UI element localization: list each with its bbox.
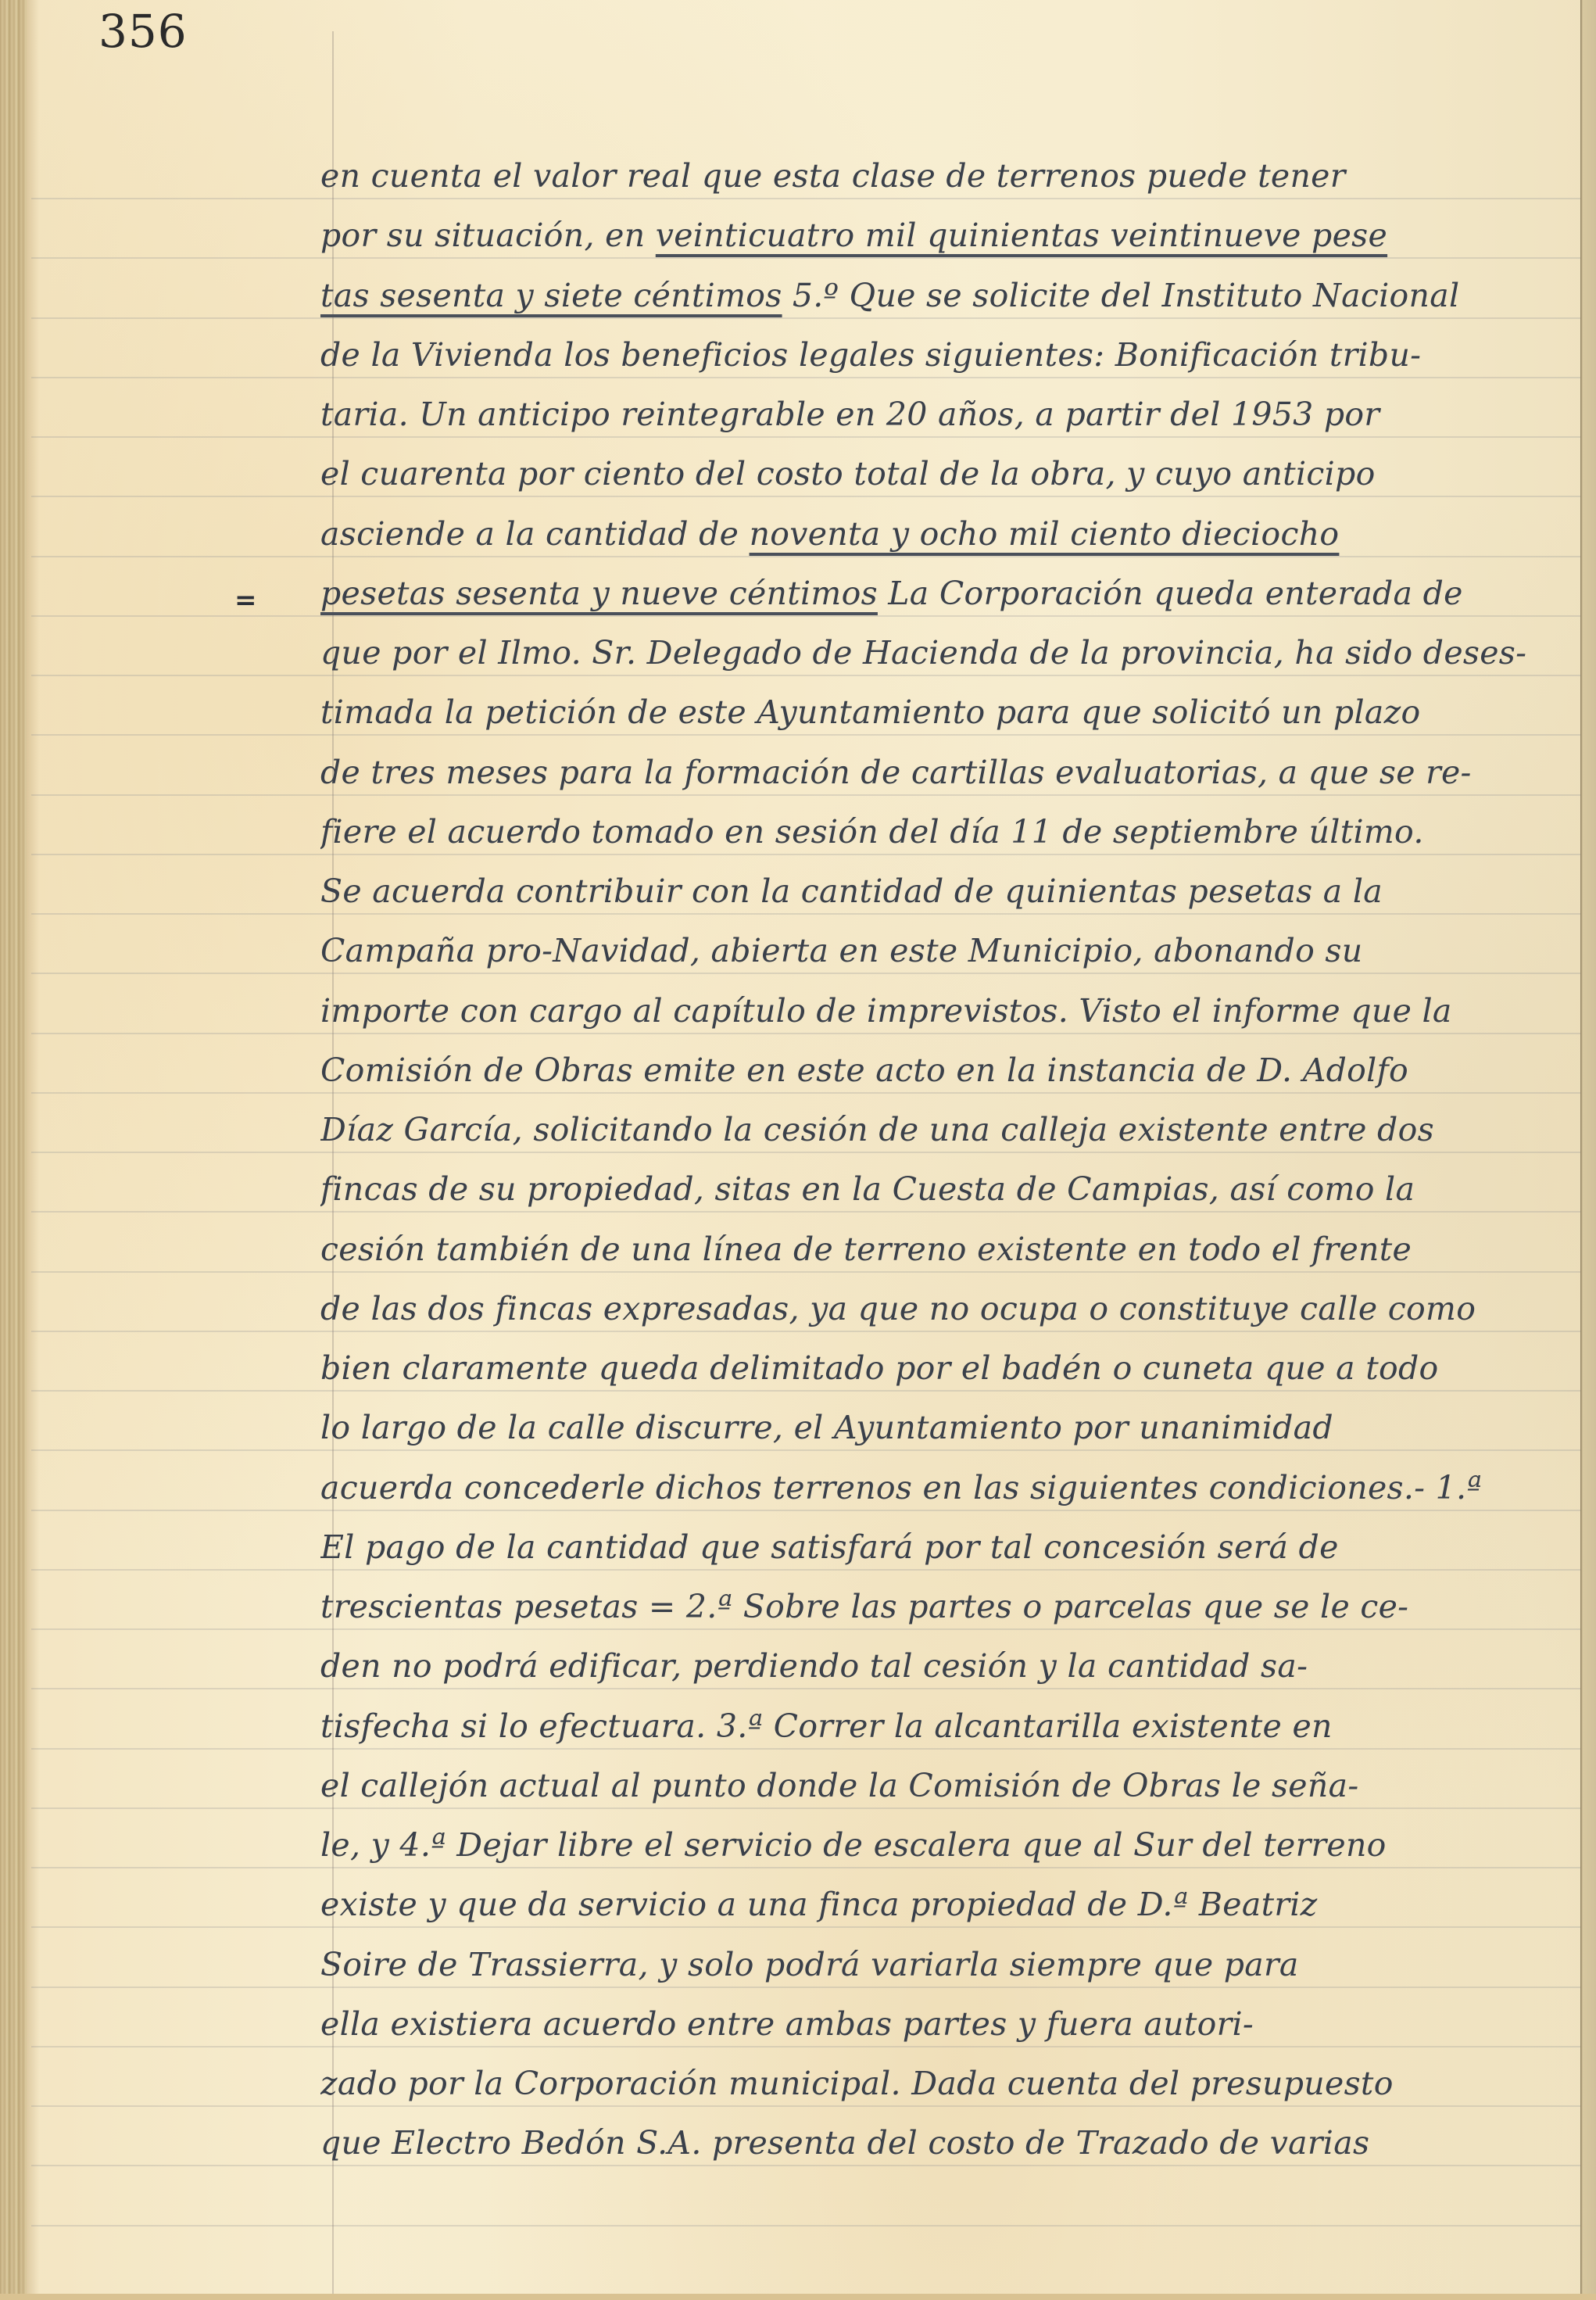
text-line: importe con cargo al capítulo de imprevi… <box>320 987 1579 1034</box>
text-line: ella existiera acuerdo entre ambas parte… <box>320 2001 1579 2047</box>
text-segment: el callejón actual al punto donde la Com… <box>320 1767 1358 1804</box>
text-line: tisfecha si lo efectuara. 3.ª Correr la … <box>320 1703 1579 1750</box>
text-segment: importe con cargo al capítulo de imprevi… <box>320 992 1452 1030</box>
underlined-amount: noventa y ocho mil ciento dieciocho <box>750 515 1340 553</box>
text-segment: de tres meses para la formación de carti… <box>320 754 1472 791</box>
text-segment: timada la petición de este Ayuntamiento … <box>320 693 1421 731</box>
text-line: fiere el acuerdo tomado en sesión del dí… <box>320 808 1579 855</box>
text-line: Díaz García, solicitando la cesión de un… <box>320 1106 1579 1153</box>
text-line: Se acuerda contribuir con la cantidad de… <box>320 868 1579 915</box>
text-segment: Campaña pro-Navidad, abierta en este Mun… <box>320 932 1362 969</box>
book-binding <box>0 0 27 2300</box>
text-line: acuerda concederle dichos terrenos en la… <box>320 1464 1579 1511</box>
text-line: que Electro Bedón S.A. presenta del cost… <box>320 2119 1579 2166</box>
text-line: de tres meses para la formación de carti… <box>320 749 1579 796</box>
page-bottom-edge <box>0 2294 1596 2300</box>
text-line: taria. Un anticipo reintegrable en 20 añ… <box>320 391 1579 438</box>
text-line: Soire de Trassierra, y solo podrá variar… <box>320 1941 1579 1988</box>
text-segment: zado por la Corporación municipal. Dada … <box>320 2065 1394 2102</box>
text-line: trescientas pesetas = 2.ª Sobre las part… <box>320 1583 1579 1630</box>
text-segment: el cuarenta por ciento del costo total d… <box>320 455 1376 493</box>
text-segment: El pago de la cantidad que satisfará por… <box>320 1528 1339 1566</box>
text-segment: Se acuerda contribuir con la cantidad de… <box>320 872 1383 910</box>
text-segment: lo largo de la calle discurre, el Ayunta… <box>320 1409 1333 1446</box>
text-line: cesión también de una línea de terreno e… <box>320 1226 1579 1273</box>
page-right-edge <box>1580 0 1596 2300</box>
text-line: El pago de la cantidad que satisfará por… <box>320 1524 1579 1571</box>
text-line: lo largo de la calle discurre, el Ayunta… <box>320 1404 1579 1451</box>
text-segment: de la Vivienda los beneficios legales si… <box>320 336 1421 374</box>
text-line: Comisión de Obras emite en este acto en … <box>320 1047 1579 1094</box>
text-line: de la Vivienda los beneficios legales si… <box>320 331 1579 378</box>
text-segment: existe y que da servicio a una finca pro… <box>320 1886 1318 1923</box>
text-line: de las dos fincas expresadas, ya que no … <box>320 1285 1579 1332</box>
page-number: 356 <box>98 5 188 58</box>
text-line: pesetas sesenta y nueve céntimos La Corp… <box>320 570 1579 617</box>
text-segment: le, y 4.ª Dejar libre el servicio de esc… <box>320 1826 1387 1864</box>
text-line: en cuenta el valor real que esta clase d… <box>320 152 1579 199</box>
text-segment: acuerda concederle dichos terrenos en la… <box>320 1469 1482 1506</box>
text-segment: den no podrá edificar, perdiendo tal ces… <box>320 1647 1308 1685</box>
ruled-line <box>31 2225 1580 2227</box>
text-segment: Soire de Trassierra, y solo podrá variar… <box>320 1946 1299 1983</box>
ledger-page: 356 = en cuenta el valor real que esta c… <box>0 0 1596 2300</box>
text-segment: tisfecha si lo efectuara. 3.ª Correr la … <box>320 1707 1333 1745</box>
underlined-amount: tas sesenta y siete céntimos <box>320 277 782 314</box>
text-segment: fincas de su propiedad, sitas en la Cues… <box>320 1170 1415 1208</box>
text-segment: en cuenta el valor real que esta clase d… <box>320 157 1346 195</box>
text-line: zado por la Corporación municipal. Dada … <box>320 2060 1579 2107</box>
text-line: timada la petición de este Ayuntamiento … <box>320 689 1579 736</box>
text-segment: ella existiera acuerdo entre ambas parte… <box>320 2005 1254 2043</box>
text-segment: Díaz García, solicitando la cesión de un… <box>320 1111 1434 1148</box>
text-segment: que Electro Bedón S.A. presenta del cost… <box>320 2124 1369 2162</box>
text-line: existe y que da servicio a una finca pro… <box>320 1881 1579 1928</box>
text-segment: que por el Ilmo. Sr. Delegado de Haciend… <box>320 634 1526 672</box>
text-segment: cesión también de una línea de terreno e… <box>320 1231 1412 1268</box>
text-segment: taria. Un anticipo reintegrable en 20 añ… <box>320 396 1380 433</box>
text-line: por su situación, en veinticuatro mil qu… <box>320 212 1579 259</box>
text-segment: por su situación, en <box>320 217 656 254</box>
text-segment: 5.º Que se solicite del Instituto Nacion… <box>782 277 1460 314</box>
text-segment: La Corporación queda enterada de <box>878 575 1463 612</box>
margin-equals-mark: = <box>234 585 257 616</box>
text-line: tas sesenta y siete céntimos 5.º Que se … <box>320 272 1579 319</box>
text-segment: trescientas pesetas = 2.ª Sobre las part… <box>320 1588 1408 1625</box>
text-segment: bien claramente queda delimitado por el … <box>320 1349 1439 1387</box>
text-line: que por el Ilmo. Sr. Delegado de Haciend… <box>320 629 1579 676</box>
text-line: bien claramente queda delimitado por el … <box>320 1345 1579 1392</box>
text-line: asciende a la cantidad de noventa y ocho… <box>320 511 1579 557</box>
text-segment: Comisión de Obras emite en este acto en … <box>320 1051 1408 1089</box>
underlined-amount: veinticuatro mil quinientas veintinueve … <box>656 217 1387 254</box>
underlined-amount: pesetas sesenta y nueve céntimos <box>320 575 878 612</box>
text-segment: asciende a la cantidad de <box>320 515 750 553</box>
text-line: el cuarenta por ciento del costo total d… <box>320 450 1579 497</box>
text-line: el callejón actual al punto donde la Com… <box>320 1762 1579 1809</box>
binding-shadow <box>27 0 39 2300</box>
text-line: den no podrá edificar, perdiendo tal ces… <box>320 1643 1579 1689</box>
text-line: Campaña pro-Navidad, abierta en este Mun… <box>320 927 1579 974</box>
text-segment: de las dos fincas expresadas, ya que no … <box>320 1290 1476 1327</box>
text-line: fincas de su propiedad, sitas en la Cues… <box>320 1166 1579 1213</box>
text-line: le, y 4.ª Dejar libre el servicio de esc… <box>320 1822 1579 1868</box>
text-segment: fiere el acuerdo tomado en sesión del dí… <box>320 813 1424 851</box>
